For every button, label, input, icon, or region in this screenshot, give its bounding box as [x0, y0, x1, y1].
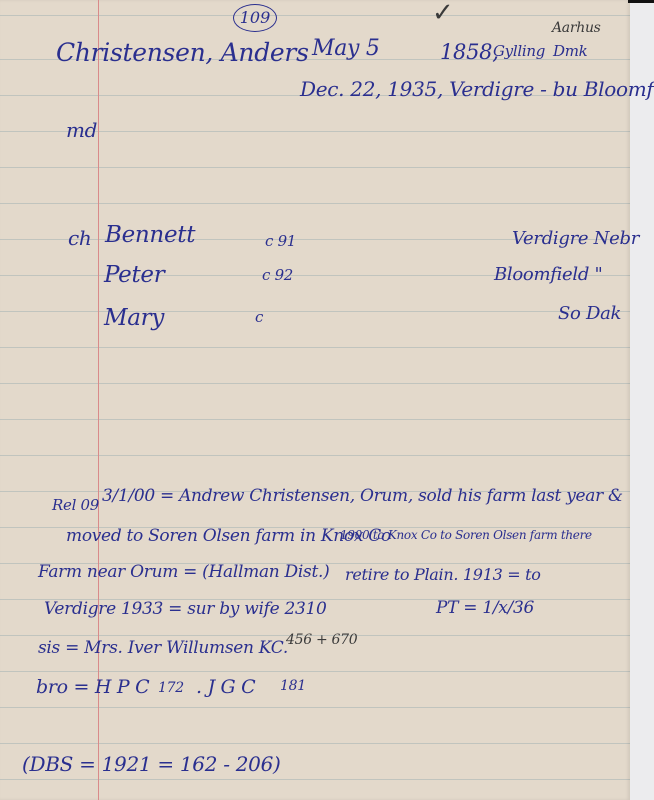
child-born: c 91 — [265, 232, 296, 250]
birth-year: 1858, — [440, 40, 499, 64]
birth-place-above: Aarhus — [552, 20, 601, 36]
child-name: Mary — [104, 305, 164, 331]
note-line-3-insert: 1900 to Knox Co to Soren Olsen farm ther… — [340, 528, 592, 542]
child-born: c — [255, 308, 263, 326]
note-line-6-num1: 172 — [158, 680, 184, 696]
note-line-3: Farm near Orum = (Hallman Dist.) — [38, 562, 329, 582]
record-number: 109 — [233, 4, 277, 32]
note-line-6: bro = H P C — [36, 676, 149, 698]
note-line-5-suffix: 456 + 670 — [286, 632, 357, 648]
note-line-1: 3/1/00 = Andrew Christensen, Orum, sold … — [102, 486, 623, 506]
birth-place: Gylling — [493, 42, 545, 60]
child-residence: Bloomfield " — [494, 264, 602, 285]
child-residence: Verdigre Nebr — [512, 228, 639, 249]
scan-edge — [628, 0, 654, 3]
note-line-6-mid: . J G C — [196, 676, 255, 698]
married-label: md — [66, 118, 97, 142]
birth-day-month: May 5 — [312, 36, 380, 61]
note-line-3-suffix: retire to Plain. 1913 = to — [345, 565, 541, 584]
note-line-5: sis = Mrs. Iver Willumsen KC. — [38, 638, 288, 658]
child-name: Peter — [104, 262, 164, 288]
note-line-6-num2: 181 — [280, 678, 306, 694]
death-info: Dec. 22, 1935, Verdigre - bu Bloomfield — [300, 77, 654, 101]
note-line-4: Verdigre 1933 = sur by wife 2310 — [44, 599, 327, 619]
note-prefix: Rel 09 — [52, 496, 99, 514]
check-mark-icon: ✓ — [432, 0, 454, 28]
scan-background — [630, 0, 654, 800]
note-line-4-right: PT = 1/x/36 — [436, 598, 534, 618]
birth-country: Dmk — [553, 42, 587, 60]
child-born: c 92 — [262, 266, 293, 284]
children-label: ch — [68, 226, 91, 250]
child-name: Bennett — [105, 222, 195, 248]
child-residence: So Dak — [558, 303, 621, 324]
footer-reference: (DBS = 1921 = 162 - 206) — [22, 752, 281, 776]
person-name: Christensen, Anders — [56, 38, 309, 67]
